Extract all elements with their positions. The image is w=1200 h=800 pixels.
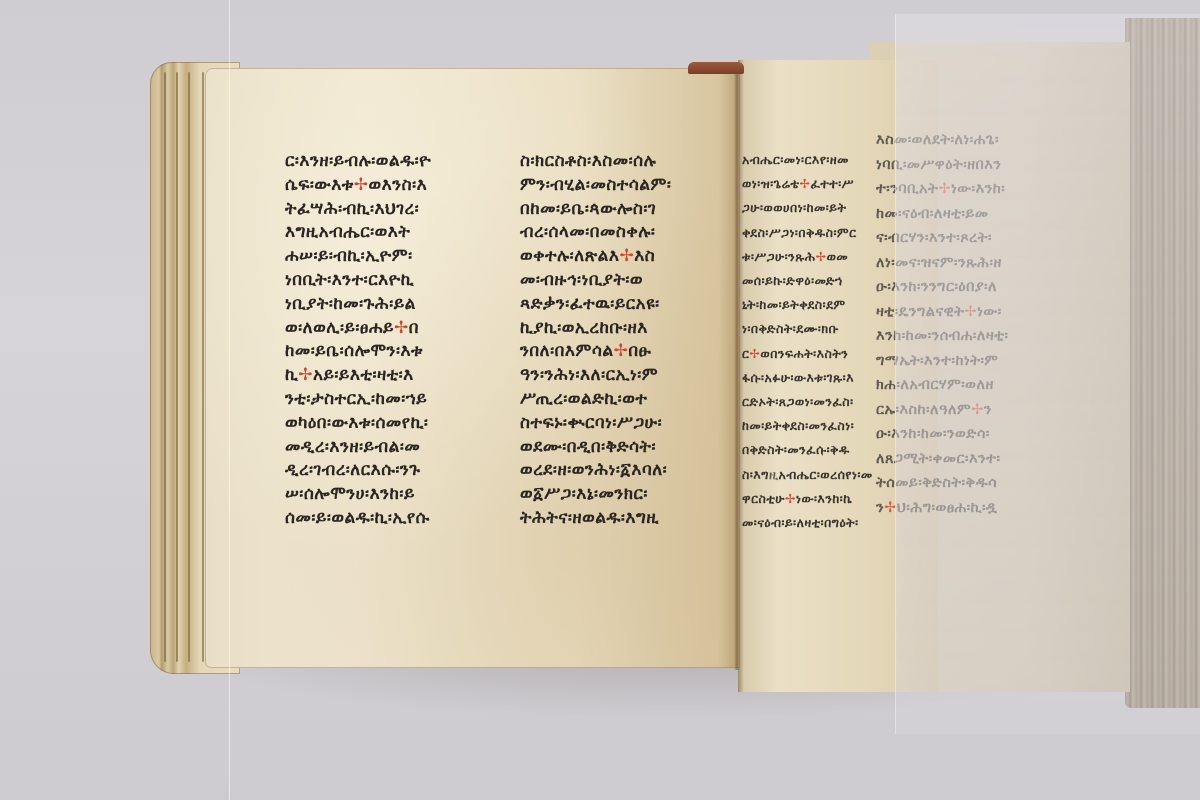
- text-line: ወካዕበ፡ውእቱ፡ሰመየኪ፡: [285, 412, 431, 436]
- rubric-cross-icon: ✢: [298, 365, 313, 385]
- text-line: ሴፍ፡ውእቱ✢ወእንስ፡እ: [285, 174, 431, 198]
- leather-binding-tab: [688, 62, 744, 74]
- text-line: ሠ፡ሰሎሞንሀ፡እንከ፡ይ: [285, 483, 431, 507]
- text-line: ወነ፡ዝ፡ጌሬቴ✢ፈተተ፡ሥ: [742, 172, 873, 196]
- text-line: ሐሠ፡ይ፡ብኪ፡ኢዮም፡: [285, 245, 431, 269]
- text-line: ር✢ወበንፍሐት፡እስትን: [742, 342, 873, 366]
- text-line: ዋርስቲሁ✢ነው፡እንከ፡ኬ: [742, 487, 873, 511]
- page-edge-line: [176, 72, 178, 662]
- text-line: በከመ፡ይቤ፡ጳውሎስ፡ገ: [520, 198, 671, 222]
- text-line: ስ፡ክርስቶስ፡እስመ፡ሰሉ: [520, 150, 671, 174]
- text-line: ፋሱ፡አፉሁ፡ውእቱ፡ገጹ፡እ: [742, 366, 873, 390]
- text-line: ስተፍኑ፡ቊርባነ፡ሥጋሁ፡: [520, 412, 671, 436]
- rubric-cross-icon: ✢: [749, 346, 760, 361]
- text-line: ቀደስ፡ሥጋነ፡በቅዱስ፡ምር: [742, 221, 873, 245]
- text-line: ጋሁ፡ወወሀበነ፡ከመ፡ይት: [742, 196, 873, 220]
- page-edge-line: [188, 72, 190, 662]
- text-line: ንቲ፡ታስተርኢ፡ከመ፡ኀይ: [285, 388, 431, 412]
- rubric-cross-icon: ✢: [816, 249, 827, 264]
- text-line: መ፡ናዕብ፡ይ፡ለዛቲ፡በግዕት፡: [742, 511, 873, 535]
- text-line: ትፈሣሕ፡ብኪ፡እህገረ፡: [285, 198, 431, 222]
- support-thread: [229, 0, 230, 800]
- text-line: ንበለ፡በእምሳል✢በፁ: [520, 340, 671, 364]
- text-line: ወደሙ፡በዲበ፡ቅድሳት፡: [520, 436, 671, 460]
- text-line: በቅድስት፡መንፈሱ፡ቅዱ: [742, 438, 873, 462]
- text-line: ኒት፡ከመ፡ይትቀደስ፡ደም: [742, 293, 873, 317]
- text-line: አብሔር፡መነ፡ርእየ፡ዘመ: [742, 148, 873, 172]
- text-line: እግዚአብሔር፡ወእት: [285, 221, 431, 245]
- text-line: መ፡ብዙኅ፡ነቢያት፡ወ: [520, 269, 671, 293]
- text-line: ዓን፡ንሕነ፡እለ፡ርኢነ፡ም: [520, 364, 671, 388]
- text-line: ነ፡በቅድስት፡ደሙ፡ክቡ: [742, 317, 873, 341]
- rubric-cross-icon: ✢: [354, 175, 369, 195]
- text-line: ወ፩ሥጋ፡እኔ፡መንክር፡: [520, 483, 671, 507]
- rubric-cross-icon: ✢: [799, 176, 810, 191]
- page-edge-line: [202, 72, 204, 662]
- text-line: ሰመ፡ይ፡ወልዱ፡ኪ፡ኢየሱ: [285, 507, 431, 531]
- text-line: ጻድቃን፡ፈተዉ፡ይርአዩ፡: [520, 293, 671, 317]
- text-line: ኪያኪ፡ወኢረከቡ፡ዘእ: [520, 317, 671, 341]
- text-line: ወ፡ለወሊ፡ይ፡ፀሐይ✢በ: [285, 317, 431, 341]
- text-line: ሥጢረ፡ወልድኪ፡ወተ: [520, 388, 671, 412]
- text-line: መዲረ፡እንዘ፡ይብል፡መ: [285, 436, 431, 460]
- text-line: ትሕትና፡ዘወልዱ፡እግዚ: [520, 507, 671, 531]
- rubric-cross-icon: ✢: [614, 341, 629, 361]
- text-line: ከመ፡ይቤ፡ሰሎሞን፡እቱ: [285, 340, 431, 364]
- book-gutter: [734, 70, 740, 670]
- text-line: ስ፡እግዚአብሔር፡ወረሰየነ፡መ: [742, 463, 873, 487]
- text-line: ብረ፡ሰላመ፡በመስቀሉ፡: [520, 221, 671, 245]
- text-line: መሰ፡ይኩ፡ድዋዕ፡መድኀ: [742, 269, 873, 293]
- protective-tissue-sheet: [895, 14, 1200, 734]
- text-line: ወረደ፡ዘ፡ወንሕነ፡፩እባለ፡: [520, 459, 671, 483]
- text-line: ር፡እንዘ፡ይብሉ፡ወልዱ፡ዮ: [285, 150, 431, 174]
- rubric-cross-icon: ✢: [619, 246, 634, 266]
- text-line: ኪ✢አይ፡ይእቲ፡ዛቲ፡እ: [285, 364, 431, 388]
- text-line: ምን፡ብሂል፡መስተሳልም፡: [520, 174, 671, 198]
- text-line: ዲረ፡ገብረ፡ለርእሱ፡ንጉ: [285, 459, 431, 483]
- text-line: ወቀተሉ፡ለጽልእ✢እስ: [520, 245, 671, 269]
- left-page-column-a: ር፡እንዘ፡ይብሉ፡ወልዱ፡ዮ ሴፍ፡ውእቱ✢ወእንስ፡እ ትፈሣሕ፡ብኪ፡እህ…: [285, 150, 431, 531]
- right-page-column: አብሔር፡መነ፡ርእየ፡ዘመ ወነ፡ዝ፡ጌሬቴ✢ፈተተ፡ሥ ጋሁ፡ወወሀበነ፡ከ…: [742, 148, 873, 535]
- text-line: ነበቢት፡እንተ፡ርእዮኪ: [285, 269, 431, 293]
- left-page-column-b: ስ፡ክርስቶስ፡እስመ፡ሰሉ ምን፡ብሂል፡መስተሳልም፡ በከመ፡ይቤ፡ጳውሎ…: [520, 150, 671, 531]
- manuscript-photo: ር፡እንዘ፡ይብሉ፡ወልዱ፡ዮ ሴፍ፡ውእቱ✢ወእንስ፡እ ትፈሣሕ፡ብኪ፡እህ…: [0, 0, 1200, 800]
- page-edge-line: [164, 72, 166, 662]
- rubric-cross-icon: ✢: [785, 491, 796, 506]
- text-line: ነቢያት፡ከመ፡ጉሕ፡ይል: [285, 293, 431, 317]
- text-line: ከመ፡ይትቀደስ፡መንፈስነ፡: [742, 414, 873, 438]
- text-line: ቱ፡ሥጋሁ፡ንጹሕ✢ወመ: [742, 245, 873, 269]
- rubric-cross-icon: ✢: [394, 318, 409, 338]
- text-line: ርድኦት፡ጸጋወነ፡መንፈስ፡: [742, 390, 873, 414]
